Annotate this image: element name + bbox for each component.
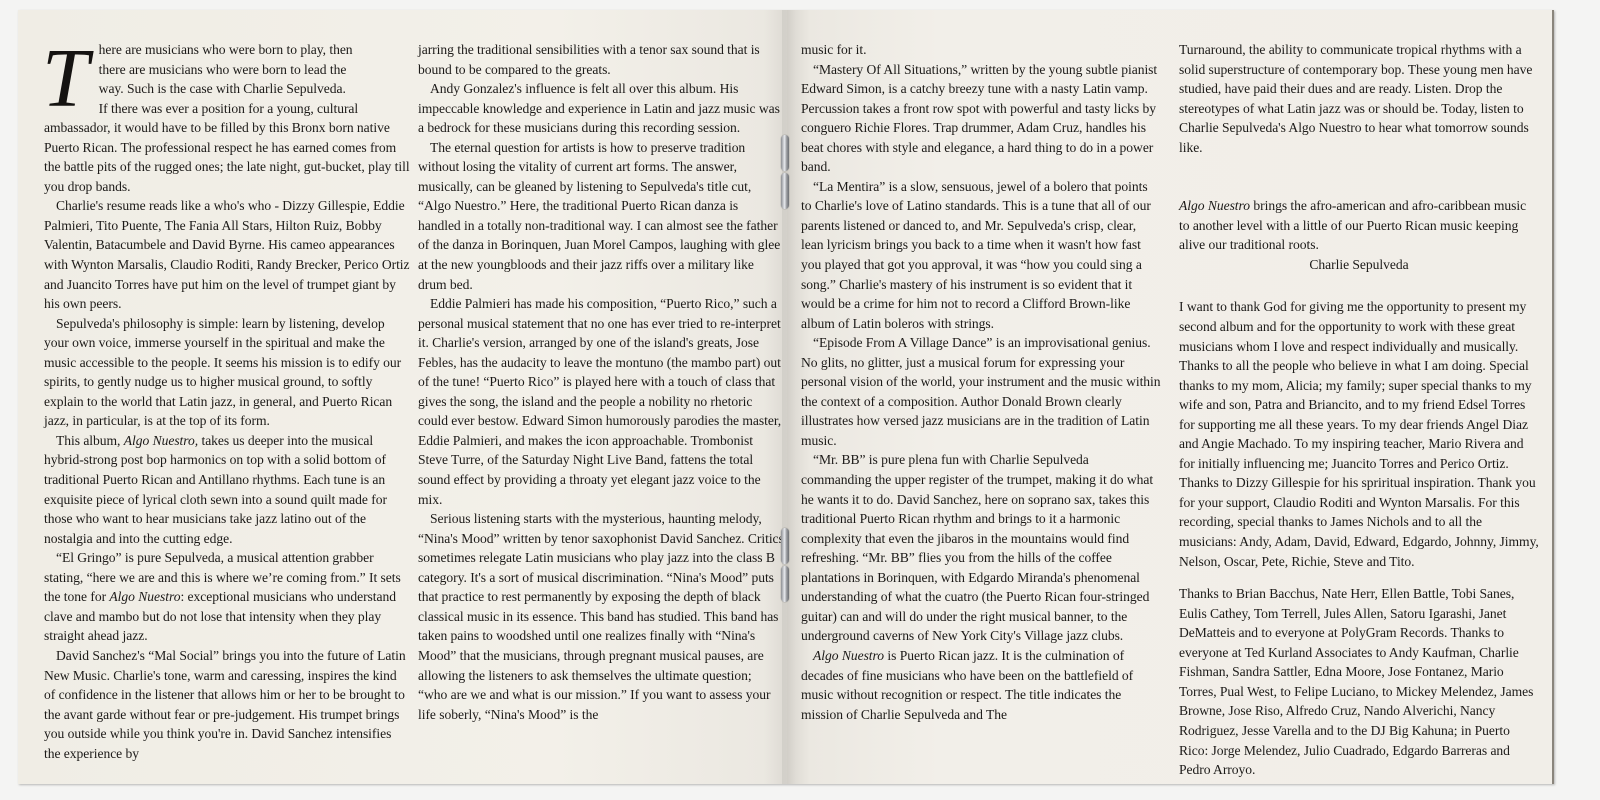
- paragraph: “Mastery Of All Situations,” written by …: [801, 60, 1161, 177]
- acknowledgements: I want to thank God for giving me the op…: [1179, 297, 1539, 571]
- column-2: jarring the traditional sensibilities wi…: [418, 40, 784, 724]
- paragraph: “Episode From A Village Dance” is an imp…: [801, 333, 1161, 450]
- paragraph: “La Mentira” is a slow, sensuous, jewel …: [801, 177, 1161, 333]
- album-title-italic: Algo Nuestro,: [124, 433, 198, 448]
- opening-line: there are musicians who were born to lea…: [44, 60, 410, 80]
- opening-line: way. Such is the case with Charlie Sepul…: [44, 79, 410, 99]
- paragraph: Sepulveda's philosophy is simple: learn …: [44, 314, 410, 431]
- right-page: music for it. “Mastery Of All Situations…: [787, 10, 1554, 784]
- text: takes us deeper into the musical hybrid-…: [44, 433, 387, 546]
- album-title-italic: Algo Nuestro: [1179, 198, 1250, 213]
- paragraph-closing: Algo Nuestro is Puerto Rican jazz. It is…: [801, 646, 1161, 724]
- column-4: Turnaround, the ability to communicate t…: [1179, 40, 1539, 780]
- paragraph: “Mr. BB” is pure plena fun with Charlie …: [801, 450, 1161, 645]
- paragraph: Charlie's resume reads like a who's who …: [44, 196, 410, 313]
- paragraph: Turnaround, the ability to communicate t…: [1179, 40, 1539, 157]
- paragraph: jarring the traditional sensibilities wi…: [418, 40, 784, 79]
- staple-icon: [781, 566, 789, 602]
- column-3: music for it. “Mastery Of All Situations…: [801, 40, 1161, 724]
- paragraph: David Sanchez's “Mal Social” brings you …: [44, 646, 410, 763]
- paragraph: Andy Gonzalez's influence is felt all ov…: [418, 79, 784, 138]
- opening-paragraph: T here are musicians who were born to pl…: [44, 40, 410, 118]
- booklet-spread: T here are musicians who were born to pl…: [18, 10, 1554, 784]
- paragraph: music for it.: [801, 40, 1161, 60]
- left-page: T here are musicians who were born to pl…: [18, 10, 787, 784]
- paragraph: Serious listening starts with the myster…: [418, 509, 784, 724]
- paragraph: Eddie Palmieri has made his composition,…: [418, 294, 784, 509]
- paragraph-statement: Algo Nuestro brings the afro-american an…: [1179, 196, 1539, 255]
- spine-shadow: [782, 10, 796, 784]
- paragraph-album: This album, Algo Nuestro, takes us deepe…: [44, 431, 410, 548]
- staple-icon: [781, 173, 789, 209]
- paragraph: The eternal question for artists is how …: [418, 138, 784, 294]
- album-title-italic: Algo Nuestro: [109, 589, 180, 604]
- staple-icon: [781, 135, 789, 171]
- paragraph-el-gringo: “El Gringo” is pure Sepulveda, a musical…: [44, 548, 410, 646]
- opening-line: here are musicians who were born to play…: [44, 40, 410, 60]
- album-title-italic: Algo Nuestro: [813, 648, 884, 663]
- column-1: T here are musicians who were born to pl…: [44, 40, 410, 763]
- staple-icon: [781, 528, 789, 564]
- text: This album,: [56, 433, 124, 448]
- acknowledgements-2: Thanks to Brian Bacchus, Nate Herr, Elle…: [1179, 584, 1539, 779]
- paragraph: ambassador, it would have to be filled b…: [44, 118, 410, 196]
- opening-line: If there was ever a position for a young…: [44, 99, 410, 119]
- drop-cap: T: [42, 44, 89, 116]
- signature: Charlie Sepulveda: [1179, 255, 1539, 275]
